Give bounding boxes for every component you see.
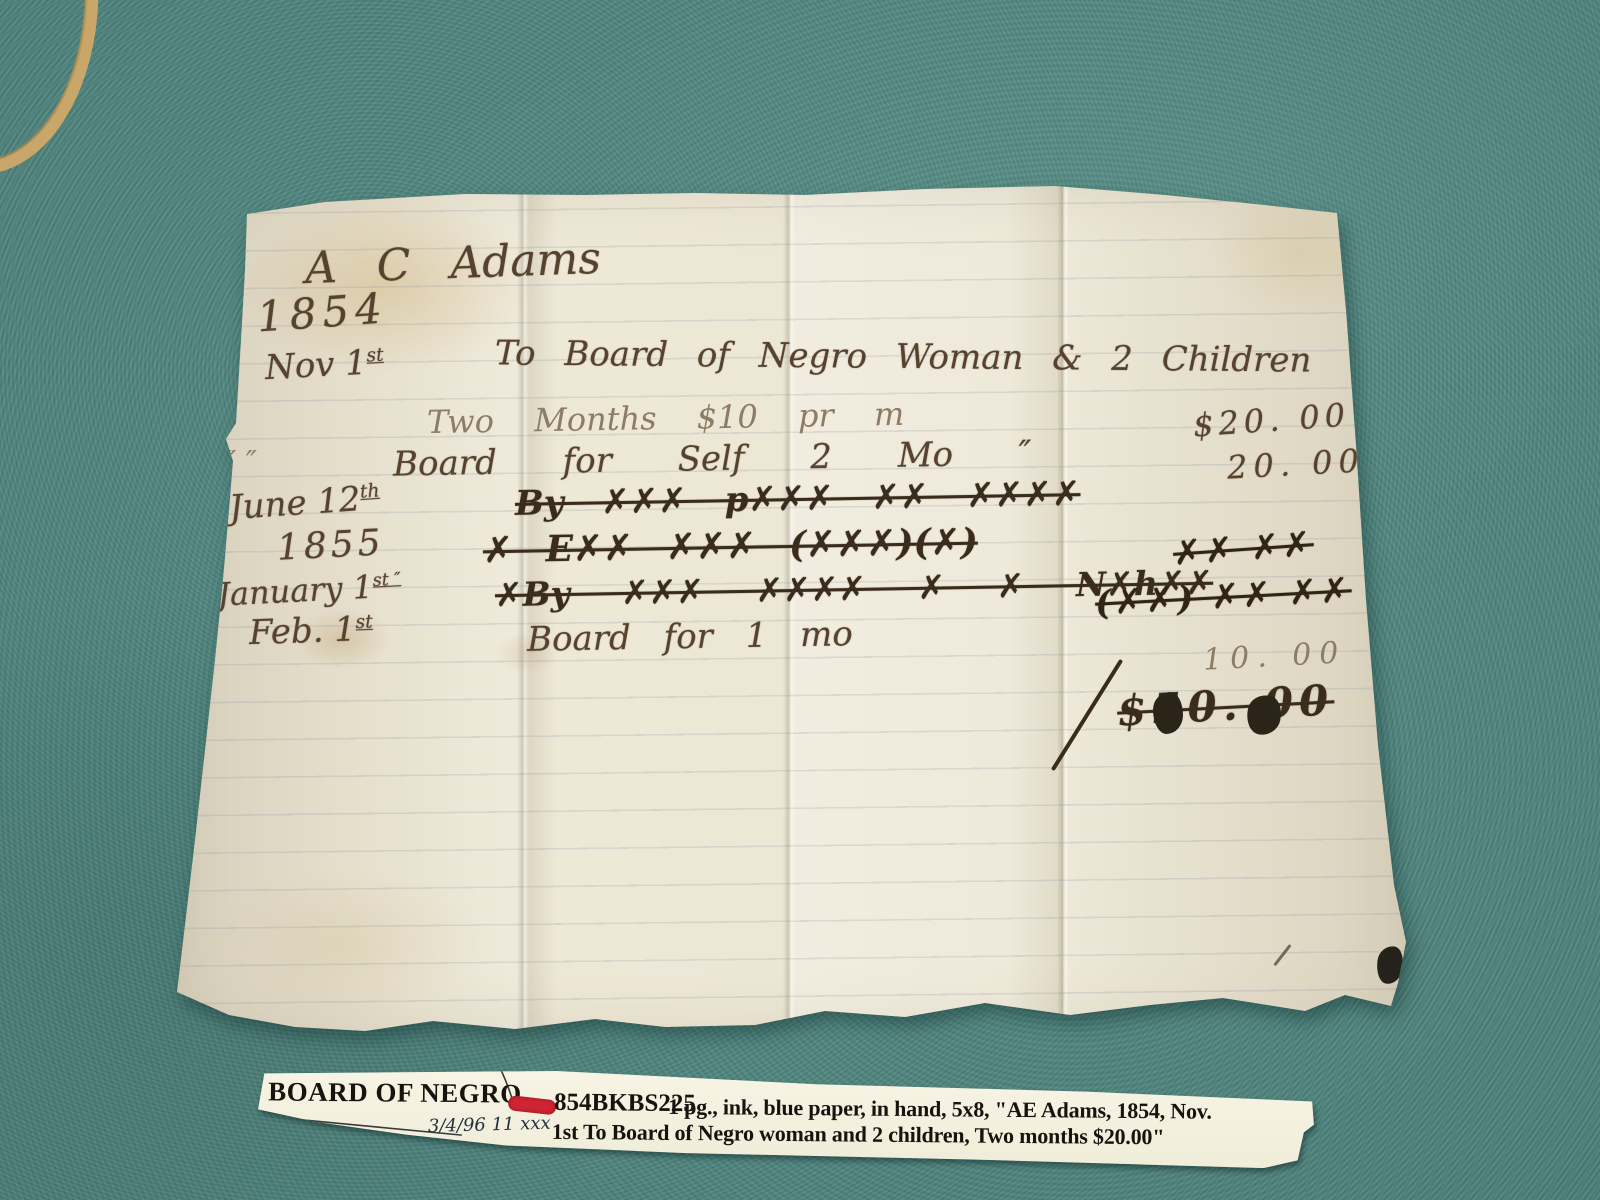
ledger-row-date: 1855 [276,525,385,567]
ledger-row-description: Board for Self 2 Mo ″ [393,436,1032,481]
date-superscript: st [355,612,373,634]
date-superscript: st ″ [372,570,401,591]
ledger-row-description: Board for 1 mo [527,617,853,657]
handwritten-name: A C Adams [304,237,601,291]
ledger-row-date: ″ ″ [225,448,257,478]
date-superscript: st [366,345,384,367]
struck-total-amount: $50. 00 [1116,679,1335,732]
ink-blot [1153,692,1183,734]
ledger-row-amount: $20. 00 [1192,399,1351,442]
ledger-row-struck-entry: ✗ E✗✗ ✗✗✗ (✗✗✗)(✗) [483,524,978,569]
handwritten-year: 1854 [256,287,390,338]
label-title: BOARD OF NEGRO [268,1076,522,1109]
handwritten-document: A C Adams 1854 Nov 1st To Board of Negro… [165,180,1407,1036]
document-paper: A C Adams 1854 Nov 1st To Board of Negro… [165,180,1407,1036]
ledger-row-amount: 20. 00 [1226,444,1365,483]
date-superscript: th [359,480,380,502]
ledger-row-date: Nov 1st [264,345,385,385]
date-text: Nov 1 [264,343,368,388]
ledger-row-date: Feb. 1st [248,612,373,650]
ledger-row-amount: 10. 00 [1202,638,1347,675]
label-paper: BOARD OF NEGRO 854BKBS225 1 pg., ink, bl… [256,1059,1327,1173]
ledger-row-struck-entry: By ✗✗✗ p✗✗✗ ✗✗ ✗✗✗✗ [515,477,1081,521]
ledger-row-description: Two Months $10 pr m [427,398,905,438]
ledger-row-description: To Board of Negro Woman & 2 Children [495,336,1312,377]
catalog-label-strip: BOARD OF NEGRO 854BKBS225 1 pg., ink, bl… [256,1064,1326,1169]
ledger-row-date: June 12th [228,481,381,525]
label-description-line2: 1st To Board of Negro woman and 2 childr… [552,1119,1165,1150]
photo-scene: A C Adams 1854 Nov 1st To Board of Negro… [0,0,1600,1200]
date-text: Feb. 1 [248,609,356,653]
handwritten-annotation: 3/4/96 11 xxx [428,1113,551,1137]
